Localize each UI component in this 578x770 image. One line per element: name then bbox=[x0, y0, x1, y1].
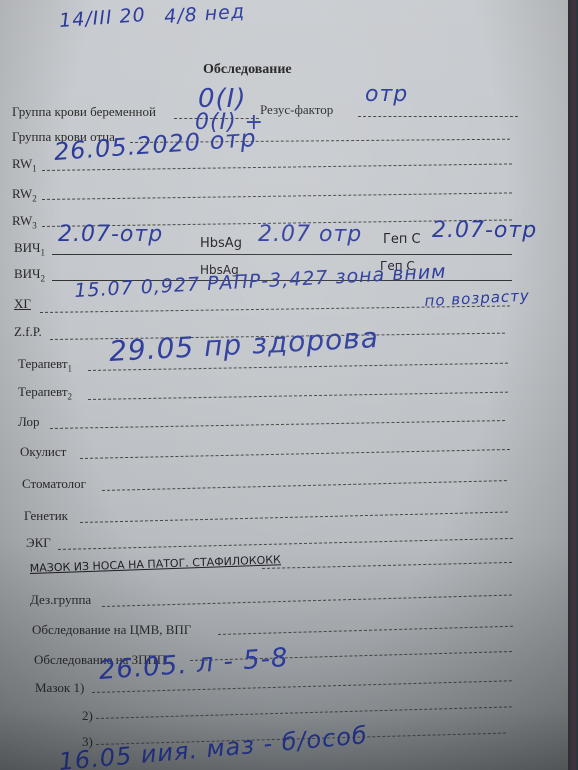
rh-factor-line bbox=[358, 116, 518, 117]
ophthalmologist-line bbox=[80, 449, 510, 459]
hiv1-line bbox=[52, 254, 512, 255]
ent-line bbox=[50, 420, 505, 429]
hiv2-label: ВИЧ2 bbox=[14, 266, 45, 284]
medical-form-page: 14/III 20 4/8 нед Обследование Группа кр… bbox=[0, 0, 568, 770]
dentist-line bbox=[102, 480, 507, 491]
nasal-swab-label: МАЗОК ИЗ НОСА НА ПАТОГ. СТАФИЛОКОКК bbox=[30, 553, 282, 575]
geneticist-line bbox=[80, 512, 508, 523]
dez-group-label: Дез.группа bbox=[30, 592, 91, 608]
blood-group-mother-label: Группа крови беременной bbox=[12, 104, 156, 120]
geneticist-label: Генетик bbox=[24, 508, 68, 524]
hiv1-hepc-label: Геп С bbox=[383, 232, 421, 247]
rw1-line bbox=[42, 163, 512, 171]
swab2-label: 2) bbox=[82, 708, 93, 724]
page-edge bbox=[568, 0, 578, 770]
dentist-label: Стоматолог bbox=[22, 476, 86, 492]
swab1-line bbox=[92, 680, 512, 693]
swab1-value[interactable]: 26.05. л - 5-8 bbox=[98, 643, 290, 686]
rh-factor-label: Резус-фактор bbox=[260, 102, 333, 118]
hiv1-label: ВИЧ1 bbox=[14, 240, 45, 258]
rw1-label: RW1 bbox=[12, 156, 37, 174]
handwritten-term: 4/8 нед bbox=[163, 0, 245, 28]
hg-label: ХГ bbox=[14, 296, 31, 312]
ecg-label: ЭКГ bbox=[26, 535, 51, 551]
ecg-line bbox=[58, 538, 513, 550]
hiv1-hbsag-value[interactable]: 2.07 отр bbox=[258, 222, 362, 247]
ent-label: Лор bbox=[18, 414, 40, 430]
rh-factor-value[interactable]: отр bbox=[365, 82, 408, 107]
footer-handwritten-note: 16.05 иия. маз - б/особ bbox=[58, 721, 369, 770]
swab1-label: Мазок 1) bbox=[35, 680, 84, 696]
zfp-label: Z.f.P. bbox=[14, 324, 42, 340]
hiv1-value[interactable]: 2.07-отр bbox=[58, 222, 163, 247]
form-title: Обследование bbox=[203, 62, 292, 78]
therapist1-value[interactable]: 29.05 пр здорова bbox=[108, 321, 379, 368]
hiv1-hepc-value[interactable]: 2.07-отр bbox=[432, 218, 537, 243]
hg-value[interactable]: 15.07 0,927 РАПР-3,427 зона вним bbox=[74, 261, 447, 302]
cmv-exam-line bbox=[218, 626, 513, 635]
handwritten-date: 14/III 20 bbox=[58, 4, 146, 32]
hg-value-line2[interactable]: по возрасту bbox=[424, 287, 530, 310]
rw3-label: RW3 bbox=[12, 213, 37, 231]
ophthalmologist-label: Окулист bbox=[20, 444, 66, 460]
cmv-exam-label: Обследование на ЦМВ, ВПГ bbox=[32, 622, 191, 638]
nasal-swab-line bbox=[262, 562, 512, 569]
dez-group-line bbox=[102, 595, 512, 607]
rw2-label: RW2 bbox=[12, 186, 37, 204]
hiv1-hbsag-label: HbsAg bbox=[200, 236, 242, 251]
therapist2-label: Терапевт2 bbox=[18, 384, 72, 402]
therapist1-label: Терапевт1 bbox=[18, 356, 72, 374]
swab2-line bbox=[96, 706, 512, 719]
rw2-line bbox=[42, 192, 512, 200]
therapist2-line bbox=[88, 392, 508, 400]
